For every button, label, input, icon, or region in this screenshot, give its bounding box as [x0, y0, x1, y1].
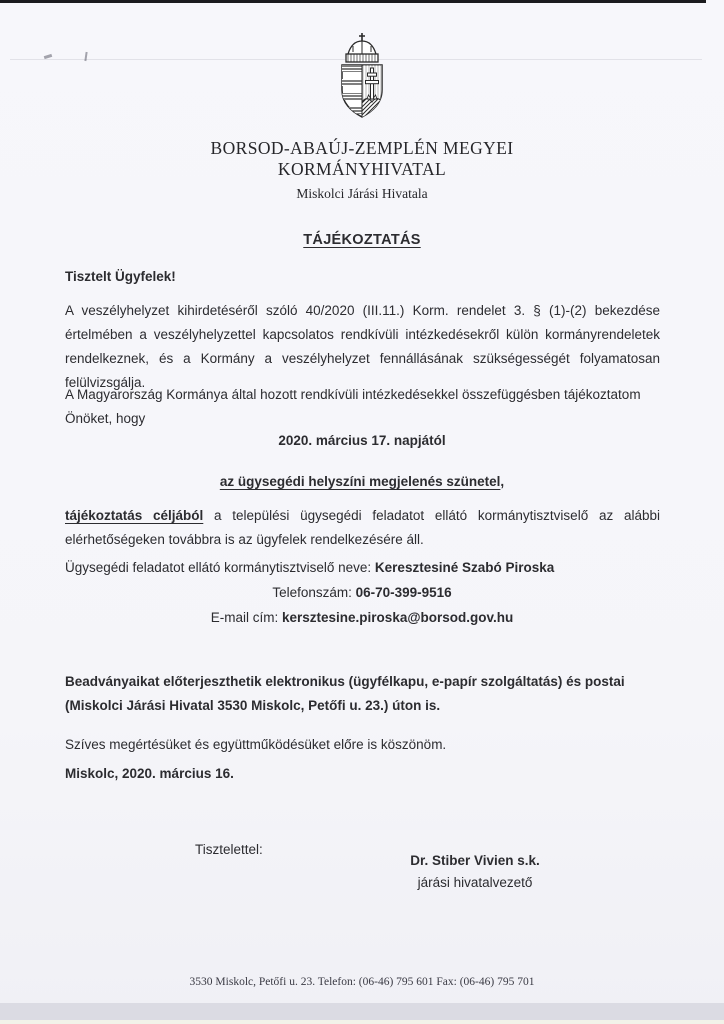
announcement-comma: , — [500, 474, 504, 489]
org-name-line1: BORSOD-ABAÚJ-ZEMPLÉN MEGYEI — [0, 138, 724, 159]
announcement-text: az ügysegédi helyszíni megjelenés szünet… — [220, 474, 501, 489]
paragraph-legal-basis: A veszélyhelyzet kihirdetéséről szóló 40… — [65, 299, 660, 395]
closing: Tisztelettel: — [195, 838, 263, 862]
place-date-line: Miskolc, 2020. március 16. — [65, 762, 660, 786]
signer-name: Dr. Stiber Vivien s.k. — [340, 850, 610, 872]
salutation: Tisztelt Ügyfelek! — [65, 265, 660, 289]
hungarian-coat-of-arms-icon — [329, 32, 395, 124]
scan-artifact-bottom-band — [0, 1003, 724, 1020]
letterhead: BORSOD-ABAÚJ-ZEMPLÉN MEGYEI KORMÁNYHIVAT… — [0, 138, 724, 204]
paragraph-thanks: Szíves megértésüket és együttműködésüket… — [65, 733, 660, 757]
paragraph-submission: Beadványaikat előterjeszthetik elektroni… — [65, 670, 660, 718]
paragraph-availability: tájékoztatás céljából a települési ügyse… — [65, 504, 660, 552]
effective-date: 2020. március 17. napjától — [0, 429, 724, 453]
org-name-line2: KORMÁNYHIVATAL — [0, 159, 724, 180]
signer-title: járási hivatalvezető — [340, 872, 610, 894]
contact-email-line: E-mail cím: kersztesine.piroska@borsod.g… — [0, 606, 724, 630]
contact-email-label: E-mail cím: — [211, 610, 282, 625]
contact-phone-value: 06-70-399-9516 — [356, 585, 452, 600]
scanned-document-page: BORSOD-ABAÚJ-ZEMPLÉN MEGYEI KORMÁNYHIVAT… — [0, 0, 724, 1024]
contact-phone-line: Telefonszám: 06-70-399-9516 — [0, 581, 724, 605]
contact-email-value: kersztesine.piroska@borsod.gov.hu — [282, 610, 513, 625]
footer-address: 3530 Miskolc, Petőfi u. 23. Telefon: (06… — [0, 970, 724, 994]
scan-artifact-top-line — [0, 0, 706, 3]
contact-name-label: Ügysegédi feladatot ellátó kormánytisztv… — [65, 560, 375, 575]
paragraph-intro: A Magyarország Kormánya által hozott ren… — [65, 383, 660, 431]
contact-phone-label: Telefonszám: — [272, 585, 355, 600]
signature-block: Dr. Stiber Vivien s.k. járási hivatalvez… — [340, 850, 610, 894]
announcement-line: az ügysegédi helyszíni megjelenés szünet… — [0, 470, 724, 494]
contact-name-line: Ügysegédi feladatot ellátó kormánytisztv… — [65, 556, 660, 580]
document-title: TÁJÉKOZTATÁS — [0, 228, 724, 252]
scan-artifact-bottom-edge — [0, 1020, 724, 1024]
info-lead: tájékoztatás céljából — [65, 508, 203, 523]
contact-name-value: Keresztesiné Szabó Piroska — [375, 560, 554, 575]
org-office: Miskolci Járási Hivatala — [0, 184, 724, 204]
